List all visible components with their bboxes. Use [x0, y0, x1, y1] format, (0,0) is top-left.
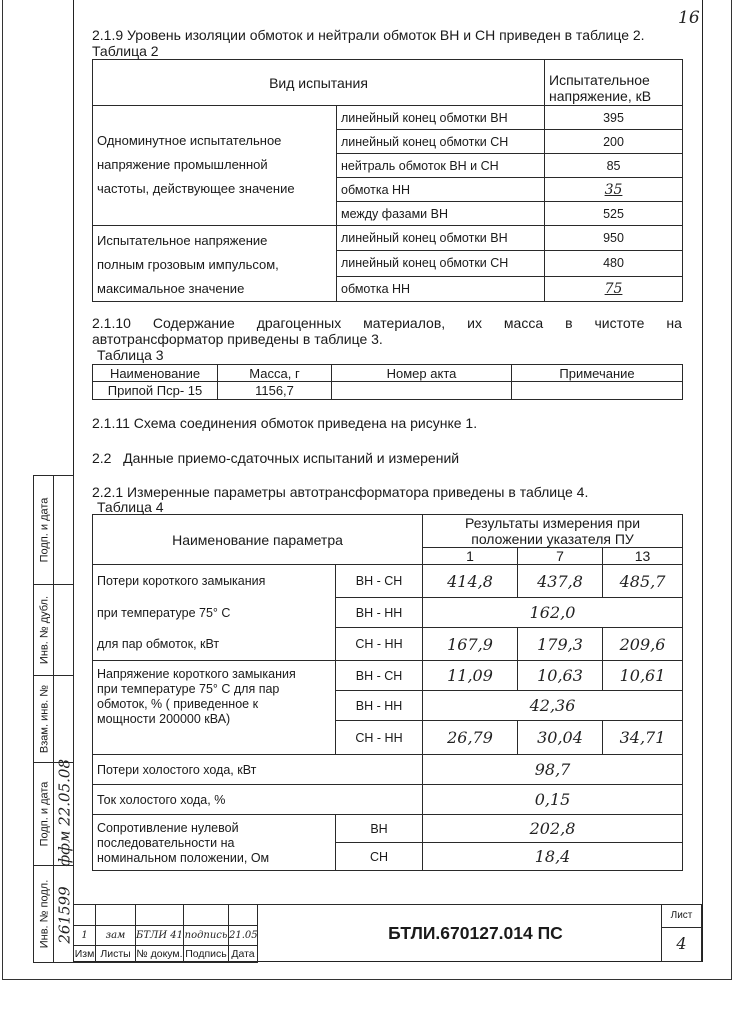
measured-value: 26,79 [423, 721, 518, 755]
measured-value: 209,6 [603, 628, 683, 661]
sheet-number: 4 [661, 927, 702, 962]
table-3-header-cell: Наименование [93, 365, 218, 382]
table-3-cell [332, 382, 512, 400]
winding-pair: ВН - НН [336, 598, 423, 628]
side-stamp-label: Подп. и дата [38, 475, 50, 584]
side-stamp-label: Взам. инв. № [38, 675, 50, 762]
label-izm: Изм [73, 945, 96, 963]
paragraph-2-1-11: 2.1.11 Схема соединения обмоток приведен… [92, 415, 477, 431]
winding-pair: ВН [336, 815, 423, 843]
test-voltage-value: 395 [545, 106, 683, 130]
word: масса [504, 315, 543, 331]
winding-pair: СН [336, 843, 423, 871]
table-2-header-row: Вид испытанияИспытательноенапряжение, кВ [93, 60, 683, 106]
measured-value: 485,7 [603, 565, 683, 598]
parameter-label: Напряжение короткого замыканияпри темпер… [93, 661, 336, 755]
word: на [666, 315, 682, 331]
test-voltage-value: 525 [545, 202, 683, 226]
test-item: линейный конец обмотки СН [337, 130, 545, 154]
test-item: линейный конец обмотки СН [337, 251, 545, 276]
header-results: Результаты измерения приположении указат… [423, 515, 683, 548]
winding-pair: ВН - НН [336, 691, 423, 721]
measured-value: 42,36 [423, 691, 683, 721]
word: драгоценных [257, 315, 342, 331]
table-4-caption: Таблица 4 [97, 499, 164, 515]
tap-position-header: 7 [518, 548, 603, 565]
measured-value: 162,0 [423, 598, 683, 628]
test-voltage-value: 480 [545, 251, 683, 276]
test-item: нейтраль обмоток ВН и СН [337, 154, 545, 178]
revision-listy: зам [95, 925, 136, 946]
side-stamp-label-cell: Инв. № дубл. [33, 584, 54, 676]
paragraph-2-1-10-line-1: 2.1.10Содержаниедрагоценныхматериалов,их… [92, 315, 682, 331]
table-3-header-cell: Масса, г [218, 365, 332, 382]
paragraph-2-1-10-line-2: автотрансформатор приведены в таблице 3. [92, 331, 383, 347]
winding-pair: ВН - СН [336, 565, 423, 598]
table-3-cell [512, 382, 683, 400]
tap-position-header: 1 [423, 548, 518, 565]
side-stamp-label-cell: Подп. и дата [33, 762, 54, 866]
heading-2-2: 2.2 Данные приемо-сдаточных испытаний и … [92, 450, 459, 466]
measured-value: 414,8 [423, 565, 518, 598]
side-stamp-value-cell [53, 675, 74, 763]
winding-pair: СН - НН [336, 628, 423, 661]
parameter-label: Потери холостого хода, кВт [93, 755, 423, 785]
side-stamp-label: Подп. и дата [38, 762, 50, 865]
measured-value: 11,09 [423, 661, 518, 691]
label-signature: Подпись [183, 945, 229, 963]
winding-pair: СН - НН [336, 721, 423, 755]
empty-revision-cell [228, 904, 258, 926]
table-4-row: Напряжение короткого замыканияпри темпер… [93, 661, 683, 691]
label-listy: Листы [95, 945, 136, 963]
heading-2-2-title: Данные приемо-сдаточных испытаний и изме… [123, 450, 459, 466]
table-3-row: Припой Пср- 151156,7 [93, 382, 683, 400]
measured-value: 167,9 [423, 628, 518, 661]
word: 2.1.10 [92, 315, 131, 331]
empty-revision-cell [73, 904, 96, 926]
table-4-row: при температуре 75° СВН - НН162,0 [93, 598, 683, 628]
table-3-cell: 1156,7 [218, 382, 332, 400]
side-stamp-label-cell: Инв. № подл. [33, 865, 54, 963]
test-voltage-value: 35 [545, 178, 683, 202]
test-group-label: Испытательное напряжениеполным грозовым … [93, 226, 337, 302]
header-test-type: Вид испытания [93, 60, 545, 106]
empty-revision-cell [95, 904, 136, 926]
side-stamp-label: Инв. № дубл. [38, 584, 50, 675]
measured-value: 202,8 [423, 815, 683, 843]
side-stamp-label-cell: Подп. и дата [33, 475, 54, 585]
word: Содержание [153, 315, 235, 331]
word: материалов, [363, 315, 445, 331]
test-voltage-value: 85 [545, 154, 683, 178]
test-group-label: Одноминутное испытательноенапряжение про… [93, 106, 337, 226]
side-stamp-value: ффм 22.05.08 [55, 763, 73, 866]
table-3-header-cell: Номер акта [332, 365, 512, 382]
table-3-precious-materials: НаименованиеМасса, гНомер актаПримечание… [92, 364, 683, 400]
label-date: Дата [228, 945, 258, 963]
parameter-label: Ток холостого хода, % [93, 785, 423, 815]
table-3-header-row: НаименованиеМасса, гНомер актаПримечание [93, 365, 683, 382]
revision-doc_no: БТЛИ 419-08 [135, 925, 184, 946]
side-stamp-label-cell: Взам. инв. № [33, 675, 54, 763]
header-test-voltage: Испытательноенапряжение, кВ [545, 60, 683, 106]
measured-value: 18,4 [423, 843, 683, 871]
revision-date: 21.05.08 [228, 925, 258, 946]
test-item: обмотка НН [337, 276, 545, 301]
parameter-label: Потери короткого замыкания [93, 565, 336, 598]
measured-value: 10,63 [518, 661, 603, 691]
side-stamp-label: Инв. № подл. [38, 865, 50, 962]
word: чистоте [595, 315, 645, 331]
table-3-caption: Таблица 3 [97, 347, 164, 363]
word: в [565, 315, 572, 331]
revision-signature: подпись [183, 925, 229, 946]
parameter-label: Сопротивление нулевойпоследовательности … [93, 815, 336, 871]
test-item: между фазами ВН [337, 202, 545, 226]
side-stamp-value-cell [53, 584, 74, 676]
parameter-label: при температуре 75° С [93, 598, 336, 628]
tap-position-header: 13 [603, 548, 683, 565]
table-4-row: Потери короткого замыканияВН - СН414,843… [93, 565, 683, 598]
parameter-label: для пар обмоток, кВт [93, 628, 336, 661]
test-item: линейный конец обмотки ВН [337, 226, 545, 251]
table-4-row: Ток холостого хода, %0,15 [93, 785, 683, 815]
test-voltage-value: 950 [545, 226, 683, 251]
table-4-row: для пар обмоток, кВтСН - НН167,9179,3209… [93, 628, 683, 661]
side-stamp-value-cell: 261599 [53, 865, 74, 963]
table-4-row: Сопротивление нулевойпоследовательности … [93, 815, 683, 843]
paragraph-2-2-1: 2.2.1 Измеренные параметры автотрансформ… [92, 484, 588, 500]
label-doc_no: № докум. [135, 945, 184, 963]
empty-revision-cell [135, 904, 184, 926]
table-2-caption: Таблица 2 [92, 43, 159, 59]
heading-2-2-number: 2.2 [92, 450, 111, 466]
paragraph-2-1-9: 2.1.9 Уровень изоляции обмоток и нейтрал… [92, 27, 645, 43]
table-3-cell: Припой Пср- 15 [93, 382, 218, 400]
empty-revision-cell [183, 904, 229, 926]
side-stamp-value: 261599 [55, 866, 73, 963]
side-stamp-value-cell [53, 475, 74, 585]
winding-pair: ВН - СН [336, 661, 423, 691]
measured-value: 437,8 [518, 565, 603, 598]
test-voltage-value: 200 [545, 130, 683, 154]
table-4-measured-parameters: Наименование параметраРезультаты измерен… [92, 514, 683, 871]
table-2-row: Одноминутное испытательноенапряжение про… [93, 106, 683, 130]
measured-value: 30,04 [518, 721, 603, 755]
measured-value: 179,3 [518, 628, 603, 661]
test-item: линейный конец обмотки ВН [337, 106, 545, 130]
measured-value: 10,61 [603, 661, 683, 691]
table-2-insulation-levels: Вид испытанияИспытательноенапряжение, кВ… [92, 59, 683, 302]
table-3-header-cell: Примечание [512, 365, 683, 382]
revision-izm: 1 [73, 925, 96, 946]
table-4-row: Потери холостого хода, кВт98,7 [93, 755, 683, 785]
word: их [467, 315, 482, 331]
test-voltage-value: 75 [545, 276, 683, 301]
document-code: БТЛИ.670127.014 ПС [290, 904, 661, 962]
sheet-label: Лист [661, 904, 702, 928]
test-item: обмотка НН [337, 178, 545, 202]
measured-value: 98,7 [423, 755, 683, 785]
measured-value: 0,15 [423, 785, 683, 815]
table-4-header-row: Наименование параметраРезультаты измерен… [93, 515, 683, 548]
side-stamp-value-cell: ффм 22.05.08 [53, 762, 74, 866]
measured-value: 34,71 [603, 721, 683, 755]
header-parameter-name: Наименование параметра [93, 515, 423, 565]
corner-page-number: 16 [678, 8, 700, 28]
table-2-row: Испытательное напряжениеполным грозовым … [93, 226, 683, 251]
